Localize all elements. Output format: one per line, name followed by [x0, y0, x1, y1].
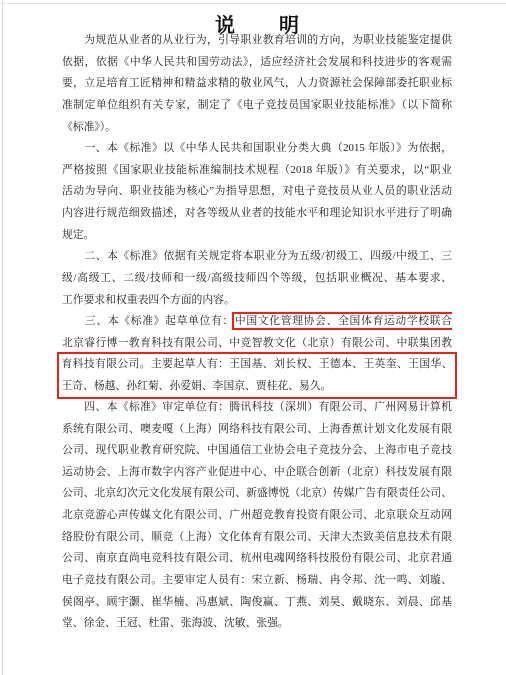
text-line: 系统有限公司、噢麦嘎（上海）网络科技有限公司、上海香蕉计划文化发展有限	[62, 419, 452, 441]
text-line: 规定。	[62, 225, 452, 247]
text-line: 内容进行规范细致描述，对各等级从业者的技能水平和理论知识水平进行了明确	[62, 203, 452, 225]
document-body: 为规范从业者的从业行为，引导职业教育培训的方向，为职业技能鉴定提供依据，依据《中…	[62, 30, 452, 635]
paragraph-item2: 二、本《标准》依据有关规定将本职业分为五级/初级工、四级/中级工、三级/高级工、…	[62, 246, 452, 311]
text-line: 公司、现代职业教育研究院、中国通信工业协会电子竞技分会、上海市电子竞技	[62, 440, 452, 462]
text-line: 堂、徐金、王冠、杜雷、张海波、沈敏、张强。	[62, 613, 452, 635]
text-line: 北京竞游心声传媒文化有限公司、广州超竞教育投资有限公司、北京联众互动网	[62, 505, 452, 527]
text-line: 育科技有限公司。主要起草人有：王国基、刘长权、王德本、王英奎、王国华、	[62, 354, 453, 376]
text-line: 二、本《标准》依据有关规定将本职业分为五级/初级工、四级/中级工、三	[62, 246, 452, 268]
text-line: 公司、北京幻次元文化发展有限公司、新盛博悦（北京）传媒广告有限责任公司、	[62, 483, 452, 505]
text-line: 级/高级工、二级/技师和一级/高级技师四个等级，包括职业概况、基本要求、	[62, 268, 452, 290]
text-line: 电子竞技有限公司。主要审定人员有：宋立新、杨瑞、冉令邦、沈一鸣、刘璇、	[62, 570, 452, 592]
text-line: 要，立足培育工匠精神和精益求精的敬业风气，人力资源社会保障部委托职业标	[62, 73, 452, 95]
item3-first-line: 三、本《标准》起草单位有：中国文化管理协会、全国体育运动学校联合会、	[62, 311, 452, 333]
text-line: 为规范从业者的从业行为，引导职业教育培训的方向，为职业技能鉴定提供	[62, 30, 452, 52]
paragraph-item4: 四、本《标准》审定单位有：腾讯科技（深圳）有限公司、广州网易计算机系统有限公司、…	[62, 397, 452, 635]
text-line: 侯阁亭、顾宇灏、崔华楠、冯惠斌、陶俊赢、丁燕、刘昊、戴晓东、刘晨、邱基	[62, 592, 452, 614]
text-line: 依据，依据《中华人民共和国劳动法》，适应经济社会发展和科技进步的客观需	[62, 52, 452, 74]
text-line: 严格按照《国家职业技能标准编制技术规程（2018 年版）》有关要求，以“职业	[62, 160, 452, 182]
text-line: 准制定单位组织有关专家，制定了《电子竞技员国家职业技能标准》（以下简称	[62, 95, 452, 117]
text-line: 《标准》）。	[62, 117, 452, 139]
text-line: 工作要求和权重表四个方面的内容。	[62, 290, 452, 312]
scan-edge-top	[0, 3, 506, 4]
paragraph-item3: 三、本《标准》起草单位有：中国文化管理协会、全国体育运动学校联合会、 北京睿行博…	[62, 311, 452, 399]
document-page: 说 明 为规范从业者的从业行为，引导职业教育培训的方向，为职业技能鉴定提供依据，…	[0, 0, 506, 675]
text-line: 公司、南京直尚电竞科技有限公司、杭州电魂网络科技股份有限公司、北京君通	[62, 548, 452, 570]
text-line: 运动协会、上海市数字内容产业促进中心、中企联合创新（北京）科技发展有限	[62, 462, 452, 484]
text-line: 活动为导向、职业技能为核心”为指导思想，对电子竞技员从业人员的职业活动	[62, 181, 452, 203]
scan-edge-left	[2, 0, 3, 675]
item3-second-line: 北京睿行博一教育科技有限公司、中竞智教文化（北京）有限公司、中联集团教	[62, 333, 452, 355]
text-line: 王奇、杨越、孙红菊、孙爱娟、李国京、贾桂花、易久。	[62, 376, 453, 398]
text-line: 四、本《标准》审定单位有：腾讯科技（深圳）有限公司、广州网易计算机	[62, 397, 452, 419]
item3-lead-text: 三、本《标准》起草单位有：	[62, 315, 234, 327]
paragraph-item1: 一、本《标准》以《中华人民共和国职业分类大典（2015 年版）》为依据，严格按照…	[62, 138, 452, 246]
text-line: 一、本《标准》以《中华人民共和国职业分类大典（2015 年版）》为依据，	[62, 138, 452, 160]
paragraph-intro: 为规范从业者的从业行为，引导职业教育培训的方向，为职业技能鉴定提供依据，依据《中…	[62, 30, 452, 138]
highlight-box-drafters: 育科技有限公司。主要起草人有：王国基、刘长权、王德本、王英奎、王国华、王奇、杨越…	[57, 352, 457, 399]
text-line: 络股份有限公司、顺竞（上海）文化体育有限公司、天津大杰致美信息技术有限	[62, 527, 452, 549]
